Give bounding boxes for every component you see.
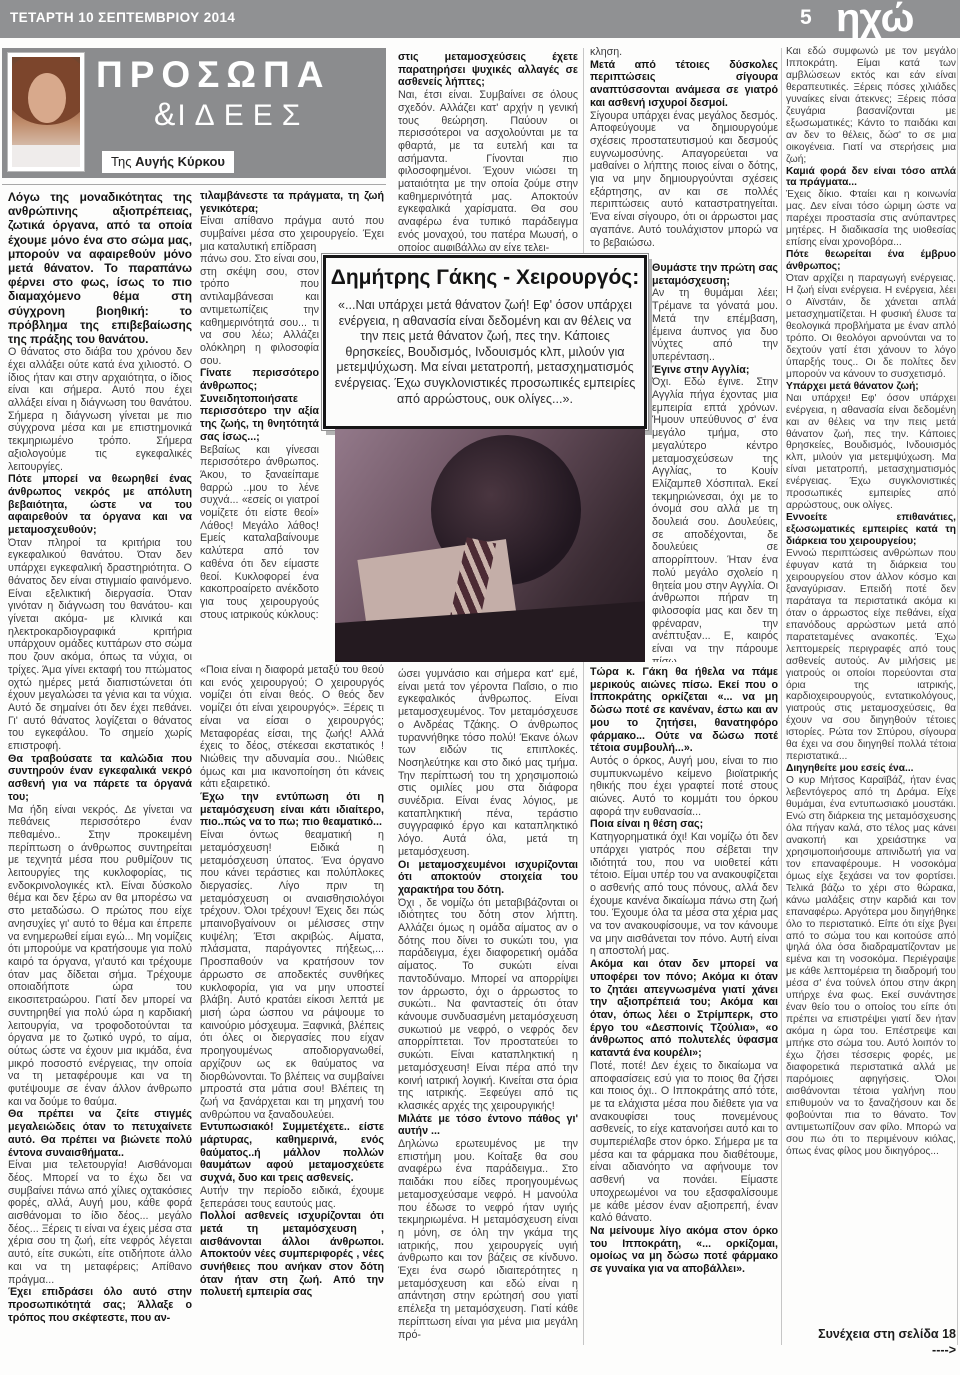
paragraph: στις μεταμοσχεύσεις έχετε παρατηρήσει ψυ… [398, 51, 578, 89]
paragraph: Θα πρέπει να ζείτε στιγμές μεγαλειώδεις … [8, 1108, 192, 1159]
paragraph: Και εδώ συμφωνώ με τον μεγάλο Ιπποκράτη.… [786, 46, 956, 166]
paragraph: Πολλοί ασθενείς ισχυρίζονται ότι μετά τη… [200, 1210, 384, 1299]
paragraph: Υπάρχει μετά θάνατον ζωή; [786, 381, 956, 393]
column-rule [583, 48, 584, 1345]
paragraph: Γίνατε περισσότερο άνθρωπος; Συνειδητοπο… [200, 367, 319, 443]
columnist-photo [7, 52, 85, 172]
paragraph: Δηλώνω ερωτευμένος με την επιστήμη μου. … [398, 1138, 578, 1341]
quote-box: Δημήτρης Γάκης - Χειρουργός: «...Ναι υπά… [323, 255, 647, 429]
article-column-3-top: στις μεταμοσχεύσεις έχετε παρατηρήσει ψυ… [398, 51, 578, 251]
paragraph: Μετά από τέτοιες δύσκολες περιπτώσεις σί… [590, 59, 778, 110]
paragraph: Βεβαίως και γίνεσαι περισσότερο άνθρωπος… [200, 444, 319, 622]
echo-logo: ηχώ [836, 0, 913, 41]
byline-prefix: Της [111, 154, 131, 169]
paragraph: Αυτήν την περίοδο ειδικά, έχουμε ξεπεράσ… [200, 1185, 384, 1210]
column-rule [957, 48, 958, 1345]
paragraph: Διηγηθείτε μου εσείς ένα... [786, 763, 956, 775]
article-column-4-top: κληση.Μετά από τέτοιες δύσκολες περιπτώσ… [590, 46, 778, 258]
paragraph: πάνω σου. Στο είναι σου, στη σκέψη σου, … [200, 253, 319, 367]
paragraph: Κατηγορηματικά όχι! Και νομίζω ότι δεν υ… [590, 831, 778, 958]
paragraph: Ποια είναι η θέση σας; [590, 818, 778, 831]
paragraph: Πότε θεωρείται ένα έμβρυο άνθρωπος; [786, 249, 956, 273]
ampersand-glyph: & [154, 96, 177, 132]
columnist-photo-image [12, 57, 80, 167]
header-bar: ΤΕΤΑΡΤΗ 10 ΣΕΠΤΕΜΒΡΙΟΥ 2014 5 ηχώ [0, 0, 960, 38]
article-column-2-top: τιλαμβάνεστε τα πράγματα, τη ζωή γενικότ… [200, 190, 384, 252]
paragraph: Πότε μπορεί να θεωρηθεί ένας άνθρωπος νε… [8, 473, 192, 537]
paragraph: Να μείνουμε λίγο ακόμα στον όρκο του Ιππ… [590, 1225, 778, 1276]
page-number: 5 [800, 6, 812, 30]
paragraph: Είναι όντως θεαματική η μεταμόσχευση! Ει… [200, 829, 384, 1121]
article-column-1: Λόγω της μοναδικότητας της ανθρώπινης αξ… [8, 190, 192, 1375]
article-column-2-wrap: πάνω σου. Στο είναι σου, στη σκέψη σου, … [200, 253, 319, 661]
date-label: ΤΕΤΑΡΤΗ 10 ΣΕΠΤΕΜΒΡΙΟΥ 2014 [10, 10, 235, 25]
newspaper-page: ΤΕΤΑΡΤΗ 10 ΣΕΠΤΕΜΒΡΙΟΥ 2014 5 ηχώ ΠΡΟΣΩΠ… [0, 0, 960, 1375]
article-column-4-bottom: Τώρα κ. Γάκη θα ήθελα να πάμε μερικούς α… [590, 666, 778, 1375]
paragraph: Μα ήδη είναι νεκρός. Δε γίνεται να πεθάν… [8, 804, 192, 1109]
paragraph: Ναι υπάρχει! Εφ' όσον υπάρχει ενέργεια, … [786, 393, 956, 513]
paragraph: Είναι απίθανο πράγμα αυτό που συμβαίνει … [200, 215, 384, 252]
paragraph: Όχι , δε νομίζω ότι μεταβιβάζονται οι ιδ… [398, 897, 578, 1113]
section-subtitle: &ΙΔΕΕΣ [154, 96, 309, 133]
paragraph: Λόγω της μοναδικότητας της ανθρώπινης αξ… [8, 190, 192, 346]
paragraph: Εντυπωσιακό! Συμμετέχετε.. είστε μάρτυρα… [200, 1121, 384, 1185]
paragraph: Έχω την εντύπωση ότι η μεταμόσχευση είνα… [200, 791, 384, 829]
paragraph: Όχι. Εδώ έγινε. Στην Αγγλία πήγα έχοντας… [652, 376, 778, 662]
paragraph: Έχει επιδράσει όλο αυτό στην προσωπικότη… [8, 1286, 192, 1324]
face-shape [28, 73, 66, 123]
paragraph: ώσει γυμνάσιο και σήμερα κατ' εμέ, είναι… [398, 668, 578, 859]
paragraph: Όταν αρχίζει η παραγωγή ενέργειας. Η ζωή… [786, 273, 956, 381]
paragraph: Οι μεταμοσχευμένοι ισχυρίζονται ότι αποκ… [398, 859, 578, 897]
paragraph: Έχεις δίκιο. Φταίει και η κοινωνία μας. … [786, 189, 956, 249]
paragraph: Αν τη θυμάμαι λέει; Τρέμανε τα γόνατά μο… [652, 287, 778, 363]
paragraph: Εννοείτε επιθανάτιες, εξωσωματικές εμπει… [786, 512, 956, 548]
paragraph: κληση. [590, 46, 778, 59]
article-column-2-bottom: «Ποια είναι η διαφορά μεταξύ του θεού κα… [200, 664, 384, 1375]
section-subtitle-text: ΙΔΕΕΣ [177, 99, 309, 132]
paragraph: τιλαμβάνεστε τα πράγματα, τη ζωή γενικότ… [200, 190, 384, 215]
paragraph: Ναι, έτσι είναι. Συμβαίνει σε όλους σχεδ… [398, 89, 578, 251]
paragraph: «Ποια είναι η διαφορά μεταξύ του θεού κα… [200, 664, 384, 791]
article-column-5: Και εδώ συμφωνώ με τον μεγάλο Ιπποκράτη.… [786, 46, 956, 1314]
byline-name: Αυγής Κύρκου [135, 154, 225, 169]
quote-box-text: «...Ναι υπάρχει μετά θάνατον ζωή! Εφ' όσ… [330, 298, 640, 407]
byline: Της Αυγής Κύρκου [102, 151, 234, 173]
section-title: ΠΡΟΣΩΠΑ [96, 54, 331, 96]
blouse-shape [12, 145, 80, 167]
continuation-text: Συνέχεια στη σελίδα 18 [780, 1326, 956, 1342]
paragraph: Σίγουρα υπάρχει ένας μεγάλος δεσμός. Απο… [590, 110, 778, 250]
masthead: ΠΡΟΣΩΠΑ &ΙΔΕΕΣ Της Αυγής Κύρκου [2, 48, 386, 178]
paragraph: Εννοώ περιπτώσεις ανθρώπων που έφυγαν κα… [786, 548, 956, 763]
paragraph: Θυμάστε την πρώτη σας μεταμόσχευση; [652, 262, 778, 287]
article-column-3-bottom: ώσει γυμνάσιο και σήμερα κατ' εμέ, είναι… [398, 668, 578, 1375]
interview-photo [335, 429, 645, 662]
continuation-note: Συνέχεια στη σελίδα 18 ----> [780, 1326, 956, 1358]
paragraph: Τώρα κ. Γάκη θα ήθελα να πάμε μερικούς α… [590, 666, 778, 755]
paragraph: Όταν πληροί τα κριτήρια του εγκεφαλικού … [8, 537, 192, 753]
paragraph: Έγινε στην Αγγλία; [652, 364, 778, 377]
paragraph: Ο κυρ Μήτσος Καραϊβάζ, ήταν ένας λεβεντό… [786, 775, 956, 1158]
paragraph: Αυτός ο όρκος, Αυγή μου, είναι το πιο συ… [590, 755, 778, 819]
paragraph: Καμιά φορά δεν είναι τόσο απλά τα πράγμα… [786, 166, 956, 190]
paragraph: Ακόμα και όταν δεν μπορεί να υποφέρει το… [590, 958, 778, 1060]
paragraph: Ποτέ, ποτέ! Δεν έχεις το δικαίωμα να απο… [590, 1060, 778, 1225]
paragraph: Θα τραβούσατε τα καλώδια που συντηρούν έ… [8, 753, 192, 804]
paragraph: Ο θάνατος στο διάβα του χρόνου δεν έχει … [8, 346, 192, 473]
paragraph: Μιλάτε με τόσο έντονο πάθος γι' αυτήν ..… [398, 1113, 578, 1138]
quote-box-title: Δημήτρης Γάκης - Χειρουργός: [330, 266, 640, 290]
continuation-arrow: ----> [780, 1342, 956, 1358]
article-column-4-wrap: Θυμάστε την πρώτη σας μεταμόσχευση;Αν τη… [652, 262, 778, 662]
column-rule [781, 48, 782, 1345]
masthead-rule [2, 184, 386, 185]
paragraph: Είναι μια τελετουργία! Αισθάνομαι δέος. … [8, 1159, 192, 1286]
